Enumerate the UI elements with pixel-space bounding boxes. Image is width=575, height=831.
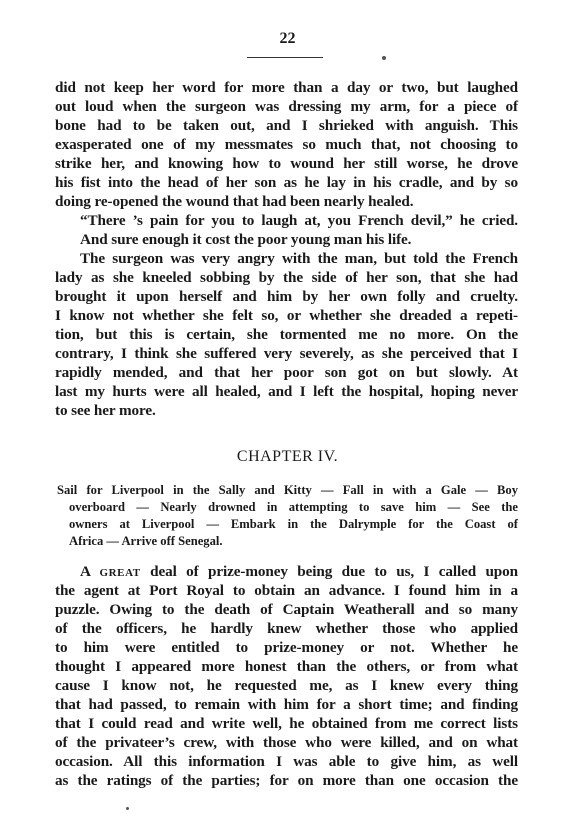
text-line: of the privateer’s crew, with those who … (55, 733, 518, 752)
print-speck (382, 56, 386, 60)
summary-line: owners at Liverpool — Embark in the Dalr… (69, 516, 518, 533)
summary-line: Sail for Liverpool in the Sally and Kitt… (57, 482, 518, 499)
text-line: tion, but this is certain, she tormented… (55, 325, 518, 344)
text-line: last my hurts were all healed, and I lef… (55, 382, 518, 401)
text-line: bone had to be taken out, and I shrieked… (55, 116, 518, 135)
text-line: as the ratings of the parties; for on mo… (55, 771, 518, 790)
text-line-opening: A great deal of prize-money being due to… (80, 562, 518, 581)
text-line: to see her more. (55, 401, 518, 420)
text-line: lady as she kneeled sobbing by the side … (55, 268, 518, 287)
page-number: 22 (0, 30, 575, 48)
text-line: did not keep her word for more than a da… (55, 78, 518, 97)
text-line: cause I know not, he requested me, as I … (55, 676, 518, 695)
text-line: the agent at Port Royal to obtain an adv… (55, 581, 518, 600)
summary-line: Africa — Arrive off Senegal. (69, 533, 518, 550)
text-line: brought it upon herself and him by her o… (55, 287, 518, 306)
page-number-rule (247, 57, 323, 58)
text-line: that had passed, to remain with him for … (55, 695, 518, 714)
text-line: thought I appeared more honest than the … (55, 657, 518, 676)
text-line: contrary, I think she suffered very seve… (55, 344, 518, 363)
text-line: that I could read and write well, he obt… (55, 714, 518, 733)
smallcaps-word: great (99, 563, 140, 580)
text-line: of the officers, he hardly knew whether … (55, 619, 518, 638)
book-page: 22 did not keep her word for more than a… (0, 0, 575, 831)
print-speck (126, 807, 129, 810)
text-line: The surgeon was very angry with the man,… (80, 249, 518, 268)
text-line: rapidly mended, and that her poor son go… (55, 363, 518, 382)
text-line: occasion. All this information I was abl… (55, 752, 518, 771)
text-line: I know not whether she felt so, or wheth… (55, 306, 518, 325)
text-line: puzzle. Owing to the death of Captain We… (55, 600, 518, 619)
chapter-heading: CHAPTER IV. (0, 448, 575, 466)
text-line: And sure enough it cost the poor young m… (80, 230, 518, 249)
text-line: doing re-opened the wound that had been … (55, 192, 518, 211)
text-line: “There ’s pain for you to laugh at, you … (80, 211, 518, 230)
text-fragment: deal of prize-money being due to us, I c… (141, 563, 518, 580)
text-line: exasperated one of my messmates so much … (55, 135, 518, 154)
text-line: his fist into the head of her son as he … (55, 173, 518, 192)
text-line: to him were entitled to prize-money or n… (55, 638, 518, 657)
drop-word: A (80, 563, 90, 580)
text-line: strike her, and knowing how to wound her… (55, 154, 518, 173)
summary-line: overboard — Nearly drowned in attempting… (69, 499, 518, 516)
text-line: out loud when the surgeon was dressing m… (55, 97, 518, 116)
